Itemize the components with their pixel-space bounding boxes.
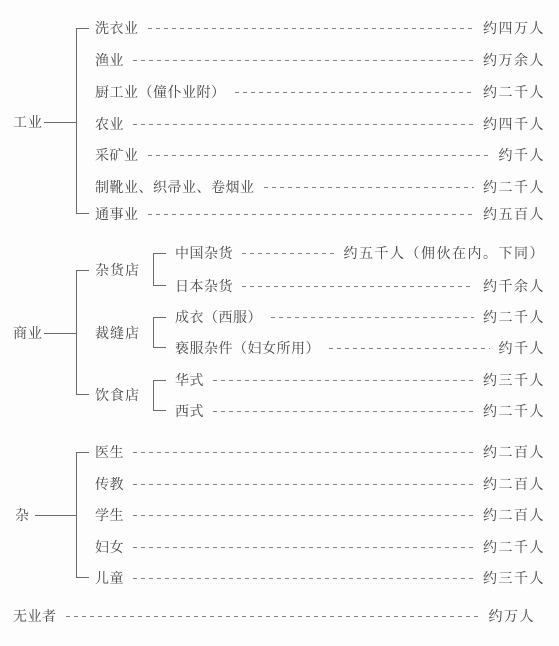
item-label: 制靴业、织帚业、卷烟业 — [95, 177, 255, 197]
item-value: 约三千人 — [483, 370, 545, 390]
tree-row: 厨工业（僮仆业附） 约二千人 — [95, 82, 545, 102]
group-bracket — [153, 317, 166, 348]
dotted-leader — [133, 578, 474, 579]
section-label-commerce: 商业 — [13, 323, 43, 343]
tree-row: 制靴业、织帚业、卷烟业 约二千人 — [95, 177, 545, 197]
item-value: 约二千人 — [483, 177, 545, 197]
dotted-leader — [133, 547, 474, 548]
tree-row: 无业者 约万人 — [13, 606, 535, 626]
dotted-leader — [133, 484, 474, 485]
dotted-leader — [148, 28, 475, 29]
item-value: 约二千人 — [483, 537, 545, 557]
item-label: 亵服杂件（妇女所用） — [175, 338, 320, 358]
item-label: 洗衣业 — [95, 18, 139, 38]
item-label: 传教 — [95, 474, 124, 494]
section-label-industry: 工业 — [13, 112, 43, 132]
tree-row: 成衣（西服） 约二千人 — [175, 307, 545, 327]
bracket-tree-diagram: 工业 洗衣业 约四万人 渔业 约万余人 厨工业（僮仆业附） 约二千人 农业 约四… — [0, 0, 559, 646]
dotted-leader — [133, 124, 474, 125]
dotted-leader — [148, 155, 490, 156]
dotted-leader — [213, 411, 474, 412]
tree-row: 传教 约二百人 — [95, 474, 545, 494]
item-value: 约二千人 — [483, 401, 545, 421]
dotted-leader — [242, 253, 335, 254]
section-bracket — [76, 270, 89, 395]
dotted-leader — [133, 452, 474, 453]
section-bracket — [76, 28, 89, 214]
tree-row: 洗衣业 约四万人 — [95, 18, 545, 38]
dotted-leader — [264, 187, 475, 188]
item-value: 约二百人 — [483, 442, 545, 462]
dotted-leader — [271, 317, 474, 318]
item-label: 厨工业（僮仆业附） — [95, 82, 226, 102]
item-value: 约五千人（佣伙在内。下同） — [344, 243, 546, 263]
tree-row: 中国杂货 约五千人（佣伙在内。下同） — [175, 243, 545, 263]
tree-row: 妇女 约二千人 — [95, 537, 545, 557]
item-value: 约五百人 — [483, 204, 545, 224]
group-bracket — [153, 380, 166, 411]
tree-row: 医生 约二百人 — [95, 442, 545, 462]
tree-row: 儿童 约三千人 — [95, 568, 545, 588]
tree-row: 学生 约二百人 — [95, 505, 545, 525]
tree-row: 日本杂货 约千余人 — [175, 276, 545, 296]
item-label: 采矿业 — [95, 145, 139, 165]
item-label: 渔业 — [95, 50, 124, 70]
item-label: 日本杂货 — [175, 276, 233, 296]
item-value: 约二千人 — [483, 82, 545, 102]
group-bracket — [153, 253, 166, 286]
dotted-leader — [329, 348, 490, 349]
dotted-leader — [148, 214, 475, 215]
item-label: 医生 — [95, 442, 124, 462]
tree-row: 采矿业 约千人 — [95, 145, 545, 165]
item-value: 约万余人 — [483, 50, 545, 70]
item-value: 约千人 — [499, 145, 546, 165]
tree-row: 西式 约二千人 — [175, 401, 545, 421]
item-value: 约三千人 — [483, 568, 545, 588]
group-label-tailor: 裁缝店 — [95, 323, 140, 343]
item-value: 约万人 — [489, 606, 536, 626]
section-label-misc: 杂 — [15, 505, 30, 525]
item-label: 儿童 — [95, 568, 124, 588]
tree-row: 华式 约三千人 — [175, 370, 545, 390]
item-value: 约千人 — [499, 338, 546, 358]
item-label: 通事业 — [95, 204, 139, 224]
group-label-grocery: 杂货店 — [95, 260, 140, 280]
section-connector-line — [44, 333, 76, 334]
dotted-leader — [133, 515, 474, 516]
tree-row: 农业 约四千人 — [95, 114, 545, 134]
item-value: 约四千人 — [483, 114, 545, 134]
item-label: 农业 — [95, 114, 124, 134]
item-value: 约二百人 — [483, 505, 545, 525]
tree-row: 亵服杂件（妇女所用） 约千人 — [175, 338, 545, 358]
section-connector-line — [44, 122, 76, 123]
item-label: 学生 — [95, 505, 124, 525]
item-value: 约四万人 — [483, 18, 545, 38]
item-label: 成衣（西服） — [175, 307, 262, 327]
item-value: 约二千人 — [483, 307, 545, 327]
group-label-restaurant: 饮食店 — [95, 385, 140, 405]
dotted-leader — [235, 92, 475, 93]
dotted-leader — [133, 60, 474, 61]
item-label: 华式 — [175, 370, 204, 390]
dotted-leader — [242, 286, 474, 287]
item-label: 妇女 — [95, 537, 124, 557]
section-bracket — [76, 452, 89, 578]
dotted-leader — [213, 380, 474, 381]
item-label: 中国杂货 — [175, 243, 233, 263]
item-value: 约千余人 — [483, 276, 545, 296]
tree-row: 渔业 约万余人 — [95, 50, 545, 70]
tree-row: 通事业 约五百人 — [95, 204, 545, 224]
section-connector-line — [35, 515, 76, 516]
item-label: 无业者 — [13, 606, 57, 626]
item-label: 西式 — [175, 401, 204, 421]
dotted-leader — [66, 616, 480, 617]
item-value: 约二百人 — [483, 474, 545, 494]
